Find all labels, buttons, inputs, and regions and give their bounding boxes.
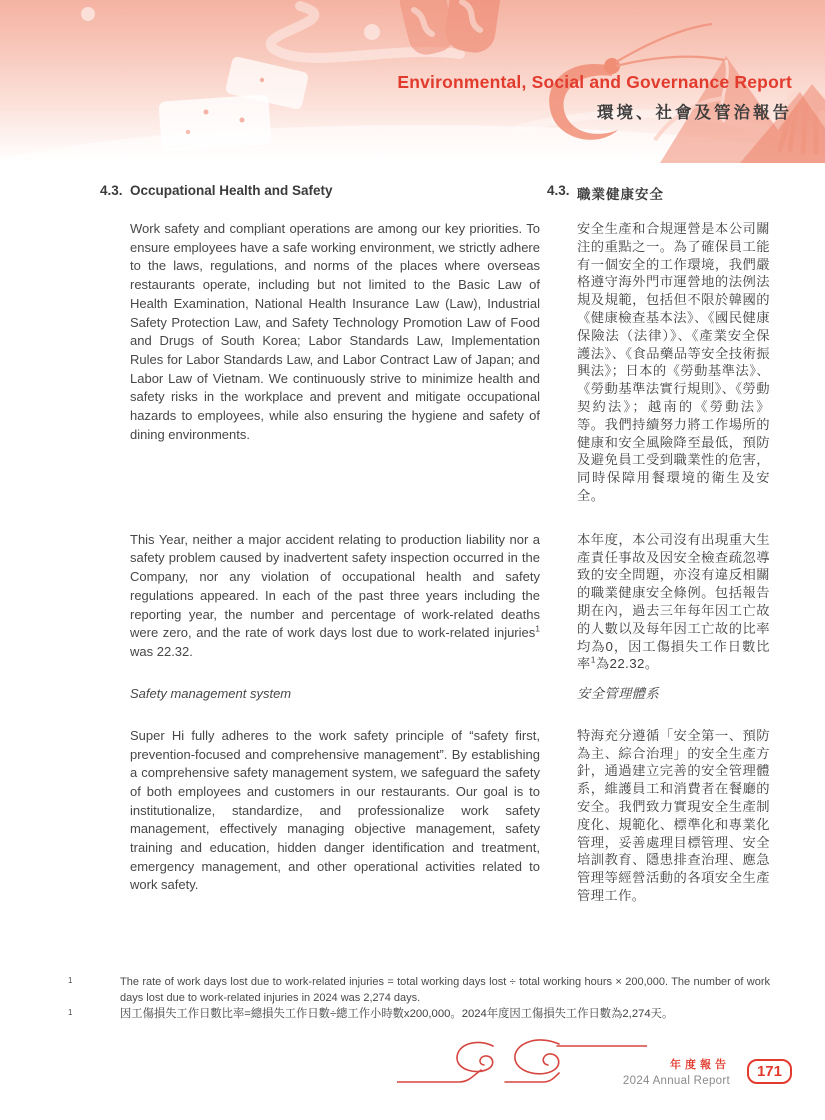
paragraph-3-zh: 特海充分遵循「安全第一、預防為主、綜合治理」的安全生產方針，通過建立完善的安全管…	[577, 727, 770, 905]
footnote-marker-en: 1	[68, 975, 120, 1006]
footer-cloud-scroll-decoration	[397, 1034, 647, 1092]
paragraph-row-2: This Year, neither a major accident rela…	[100, 531, 770, 673]
esg-report-page: Environmental, Social and Governance Rep…	[0, 0, 825, 1120]
subheading-row: Safety management system 安全管理體系	[100, 685, 770, 704]
section-title-en: Occupational Health and Safety	[130, 183, 540, 203]
footer-label-en: 2024 Annual Report	[623, 1075, 730, 1087]
footnote-zh: 1 因工傷損失工作日數比率=總損失工作日數÷總工作小時數x200,000。202…	[68, 1007, 770, 1023]
page-header-banner: Environmental, Social and Governance Rep…	[0, 0, 825, 163]
footnote-marker-zh: 1	[68, 1007, 120, 1023]
footer-report-label: 年度報告 2024 Annual Report	[623, 1056, 730, 1087]
paragraph-1-en: Work safety and compliant operations are…	[130, 220, 540, 505]
footnote-text-en: The rate of work days lost due to work-r…	[120, 975, 770, 1006]
paragraph-row-1: Work safety and compliant operations are…	[100, 220, 770, 505]
paragraph-1-zh: 安全生產和合規運營是本公司關注的重點之一。為了確保員工能有一個安全的工作環境，我…	[577, 220, 770, 505]
section-heading-row: 4.3. Occupational Health and Safety 4.3.…	[100, 183, 770, 203]
footnotes: 1 The rate of work days lost due to work…	[68, 975, 770, 1024]
footer-label-zh: 年度報告	[623, 1056, 730, 1072]
footnote-text-zh: 因工傷損失工作日數比率=總損失工作日數÷總工作小時數x200,000。2024年…	[120, 1007, 770, 1023]
report-title-en: Environmental, Social and Governance Rep…	[397, 72, 792, 93]
subheading-en: Safety management system	[130, 685, 540, 704]
paragraph-2-zh: 本年度，本公司沒有出現重大生產責任事故及因安全檢查疏忽導致的安全問題，亦沒有違反…	[577, 531, 770, 673]
section-number-en: 4.3.	[100, 183, 130, 203]
section-title-zh: 職業健康安全	[577, 183, 770, 203]
subheading-zh: 安全管理體系	[577, 685, 770, 704]
paragraph-row-3: Super Hi fully adheres to the work safet…	[100, 727, 770, 905]
paragraph-3-en: Super Hi fully adheres to the work safet…	[130, 727, 540, 905]
page-number-badge: 171	[747, 1059, 792, 1084]
section-number-zh: 4.3.	[540, 183, 577, 203]
paragraph-2-en: This Year, neither a major accident rela…	[130, 531, 540, 673]
section-content: 4.3. Occupational Health and Safety 4.3.…	[100, 183, 770, 905]
footnote-en: 1 The rate of work days lost due to work…	[68, 975, 770, 1006]
report-title-zh: 環境、社會及管治報告	[397, 99, 792, 123]
